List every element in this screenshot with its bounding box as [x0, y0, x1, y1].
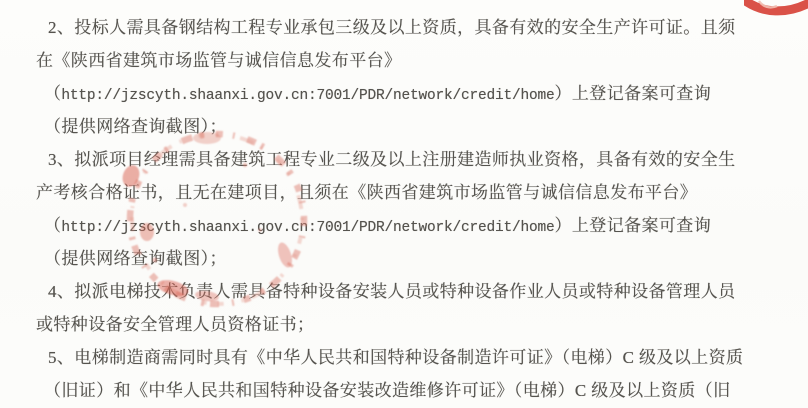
- line-text: （提供网络查询截图）；: [44, 117, 227, 136]
- text-line: 或特种设备安全管理人员资格证书；: [0, 308, 808, 341]
- text-line: 4、拟派电梯技术负责人需具备特种设备安装人员或特种设备作业人员或特种设备管理人员: [0, 275, 808, 308]
- line-text: 或特种设备安全管理人员资格证书；: [36, 315, 314, 334]
- line-text: （旧证）和《中华人民共和国特种设备安装改造维修许可证》（电梯）C 级及以上资质（…: [44, 381, 731, 400]
- text-line: （http://jzscyth.shaanxi.gov.cn:7001/PDR/…: [0, 209, 808, 242]
- line-text: 在《陕西省建筑市场监管与诚信信息发布平台》: [36, 51, 401, 70]
- text-line: 2、投标人需具备钢结构工程专业承包三级及以上资质，具备有效的安全生产许可证。且须: [0, 11, 808, 44]
- line-text: ）上登记备案可查询: [555, 216, 712, 235]
- registration-url: http://jzscyth.shaanxi.gov.cn:7001/PDR/n…: [61, 220, 554, 236]
- line-text: 2、投标人需具备钢结构工程专业承包三级及以上资质，具备有效的安全生产许可证。且须: [48, 18, 736, 37]
- line-text: 产考核合格证书，且无在建项目，且须在《陕西省建筑市场监管与诚信信息发布平台》: [36, 183, 697, 202]
- text-line: 产考核合格证书，且无在建项目，且须在《陕西省建筑市场监管与诚信信息发布平台》: [0, 176, 808, 209]
- line-text: 4、拟派电梯技术负责人需具备特种设备安装人员或特种设备作业人员或特种设备管理人员: [48, 282, 736, 301]
- text-line: （旧证）和《中华人民共和国特种设备安装改造维修许可证》（电梯）C 级及以上资质（…: [0, 374, 808, 407]
- line-text: （: [44, 216, 61, 235]
- line-text: 5、电梯制造商需同时具有《中华人民共和国特种设备制造许可证》（电梯）C 级及以上…: [48, 348, 743, 367]
- text-line: （提供网络查询截图）；: [0, 242, 808, 275]
- text-line: 在《陕西省建筑市场监管与诚信信息发布平台》: [0, 44, 808, 77]
- registration-url: http://jzscyth.shaanxi.gov.cn:7001/PDR/n…: [61, 88, 554, 104]
- text-line: （提供网络查询截图）；: [0, 110, 808, 143]
- line-text: ）上登记备案可查询: [555, 84, 712, 103]
- line-text: （: [44, 84, 61, 103]
- line-text: （提供网络查询截图）；: [44, 249, 227, 268]
- document-body: 2、投标人需具备钢结构工程专业承包三级及以上资质，具备有效的安全生产许可证。且须…: [0, 11, 808, 407]
- text-line: （http://jzscyth.shaanxi.gov.cn:7001/PDR/…: [0, 77, 808, 110]
- line-text: 3、拟派项目经理需具备建筑工程专业二级及以上注册建造师执业资格，具备有效的安全生: [48, 150, 736, 169]
- text-line: 5、电梯制造商需同时具有《中华人民共和国特种设备制造许可证》（电梯）C 级及以上…: [0, 341, 808, 374]
- text-line: 3、拟派项目经理需具备建筑工程专业二级及以上注册建造师执业资格，具备有效的安全生: [0, 143, 808, 176]
